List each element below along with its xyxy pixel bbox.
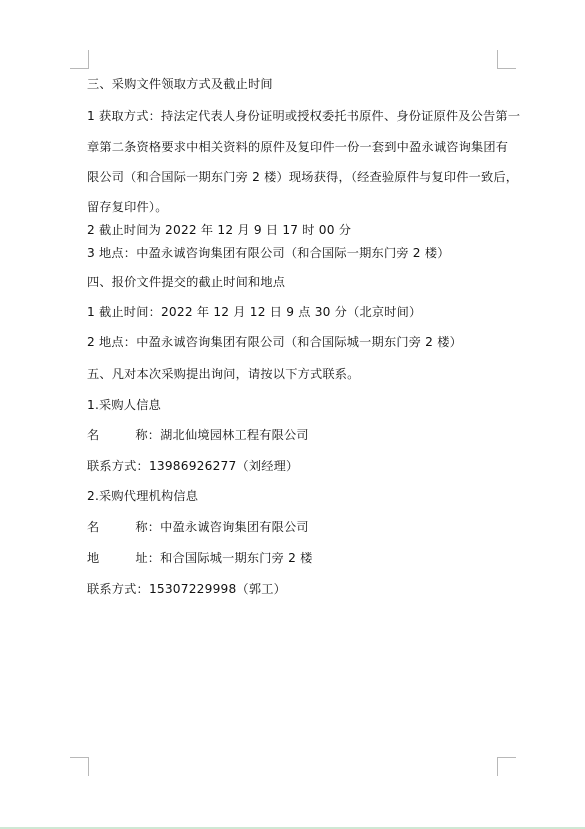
purchaser-contact-label: 联系方式： [87,459,149,473]
agency-name-row: 名称：中盈永诚咨询集团有限公司 [87,519,309,535]
agency-contact-label: 联系方式： [87,582,149,596]
page-corner-mark-top-right [497,50,516,69]
section3-item1-line3: 限公司（和合国际一期东门旁 2 楼）现场获得，（经查验原件与复印件一致后， [87,169,518,185]
purchaser-contact-value: 13986926277（刘经理） [149,459,298,473]
purchaser-name-value: 湖北仙境园林工程有限公司 [160,428,309,442]
section3-item1-line1: 1 获取方式：持法定代表人身份证明或授权委托书原件、身份证原件及公告第一 [87,108,520,124]
agency-contact-value: 15307229998（郭工） [149,582,286,596]
section4-item2-location: 2 地点：中盈永诚咨询集团有限公司（和合国际城一期东门旁 2 楼） [87,334,462,350]
agency-name-label-b: 称： [135,520,160,534]
section5-heading: 五、凡对本次采购提出询问，请按以下方式联系。 [87,366,360,382]
purchaser-name-label-a: 名 [87,428,99,442]
agency-name-label-a: 名 [87,520,99,534]
page-corner-mark-bottom-right [497,757,516,776]
agency-address-value: 和合国际城一期东门旁 2 楼 [160,551,312,565]
purchaser-info-title: 1.采购人信息 [87,397,161,413]
agency-contact-row: 联系方式：15307229998（郭工） [87,581,286,597]
agency-name-value: 中盈永诚咨询集团有限公司 [160,520,309,534]
purchaser-name-row: 名称：湖北仙境园林工程有限公司 [87,427,309,443]
purchaser-name-label-b: 称： [135,428,160,442]
section4-heading: 四、报价文件提交的截止时间和地点 [87,274,285,290]
section3-item2-deadline: 2 截止时间为 2022 年 12 月 9 日 17 时 00 分 [87,222,351,238]
section3-heading: 三、采购文件领取方式及截止时间 [87,76,273,92]
agency-address-label-b: 址： [135,551,160,565]
agency-address-row: 地址：和合国际城一期东门旁 2 楼 [87,550,313,566]
agency-address-label-a: 地 [87,551,99,565]
section4-item1-deadline: 1 截止时间：2022 年 12 月 12 日 9 点 30 分（北京时间） [87,304,421,320]
section3-item3-location: 3 地点：中盈永诚咨询集团有限公司（和合国际一期东门旁 2 楼） [87,245,450,261]
purchaser-contact-row: 联系方式：13986926277（刘经理） [87,458,298,474]
page-corner-mark-bottom-left [70,757,89,776]
section3-item1-line4: 留存复印件）。 [87,199,168,215]
page-corner-mark-top-left [70,50,89,69]
section3-item1-line2: 章第二条资格要求中相关资料的原件及复印件一份一套到中盈永诚咨询集团有 [87,139,508,155]
agency-info-title: 2.采购代理机构信息 [87,488,198,504]
